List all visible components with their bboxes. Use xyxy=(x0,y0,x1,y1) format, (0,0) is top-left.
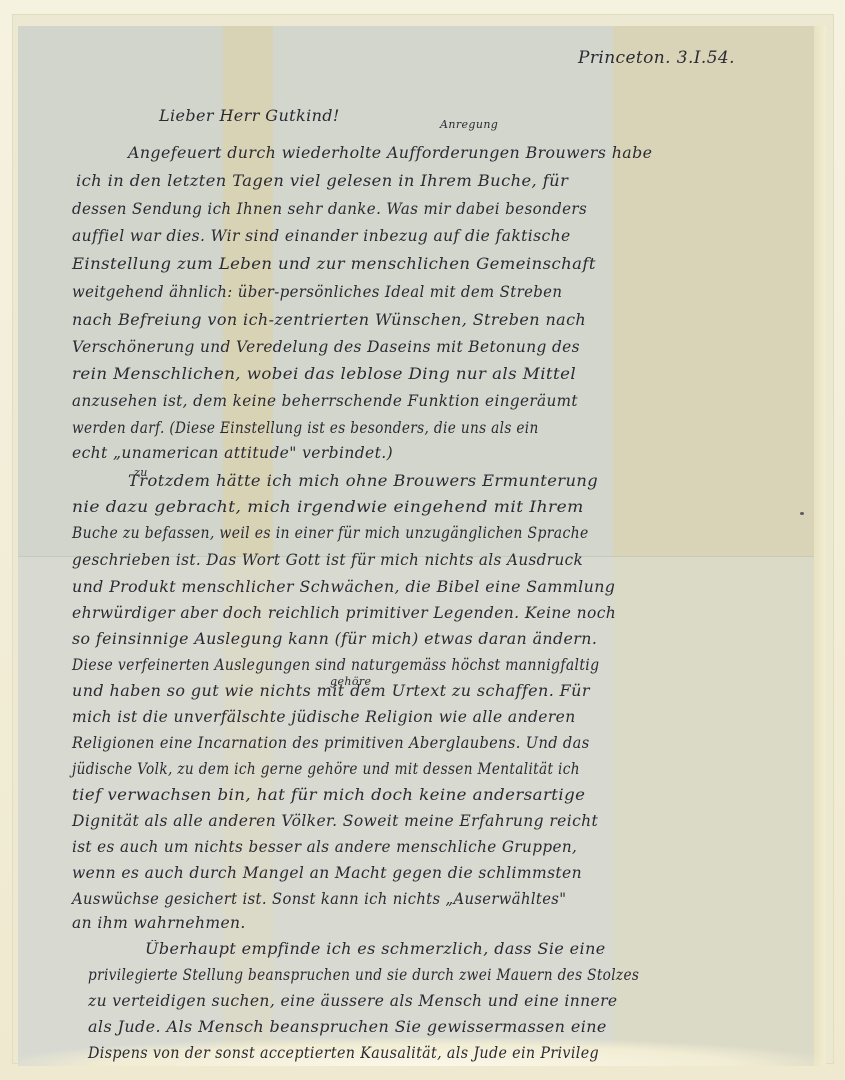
salutation: Lieber Herr Gutkind! xyxy=(159,106,340,125)
letter-line: ist es auch um nichts besser als andere … xyxy=(72,838,577,856)
letter-line: ich in den letzten Tagen viel gelesen in… xyxy=(76,172,568,190)
letter-line: an ihm wahrnehmen. xyxy=(72,914,246,932)
letter-line: Auswüchse gesichert ist. Sonst kann ich … xyxy=(72,890,566,908)
letter-line: Dispens von der sonst acceptierten Kausa… xyxy=(88,1044,599,1062)
letter-line: Verschönerung und Veredelung des Daseins… xyxy=(72,338,580,356)
letter-line: Einstellung zum Leben und zur menschlich… xyxy=(72,255,596,273)
letter-line: Buche zu befassen, weil es in einer für … xyxy=(72,524,589,542)
inserted-word: Anregung xyxy=(440,118,498,131)
letter-line: geschrieben ist. Das Wort Gott ist für m… xyxy=(72,551,583,569)
letter-line: mich ist die unverfälschte jüdische Reli… xyxy=(72,708,576,726)
letter-line: und haben so gut wie nichts mit dem Urte… xyxy=(72,682,590,700)
letter-line: anzusehen ist, dem keine beherrschende F… xyxy=(72,392,578,410)
ink-speck xyxy=(800,512,804,515)
letter-line: Religionen eine Incarnation des primitiv… xyxy=(72,734,590,752)
letter-line: so feinsinnige Auslegung kann (für mich)… xyxy=(72,630,597,648)
letter-line: jüdische Volk, zu dem ich gerne gehöre u… xyxy=(72,760,580,778)
letter-line: und Produkt menschlicher Schwächen, die … xyxy=(72,578,615,596)
place-date: Princeton. 3.I.54. xyxy=(578,48,735,68)
letter-line: weitgehend ähnlich: über-persönliches Id… xyxy=(72,283,562,301)
letter-line: als Jude. Als Mensch beanspruchen Sie ge… xyxy=(88,1018,607,1036)
letter-line: echt „unamerican attitude" verbindet.) xyxy=(72,444,393,462)
letter-line: dessen Sendung ich Ihnen sehr danke. Was… xyxy=(72,200,587,218)
letter-line: Trotzdem hätte ich mich ohne Brouwers Er… xyxy=(128,472,598,490)
letter-line: privilegierte Stellung beanspruchen und … xyxy=(88,966,639,984)
letter-line: zu verteidigen suchen, eine äussere als … xyxy=(88,992,617,1010)
letter-line: ehrwürdiger aber doch reichlich primitiv… xyxy=(72,604,616,622)
letter-line: Angefeuert durch wiederholte Aufforderun… xyxy=(128,144,652,162)
letter-line: nie dazu gebracht, mich irgendwie eingeh… xyxy=(72,498,584,516)
letter-line: werden darf. (Diese Einstellung ist es b… xyxy=(72,419,539,437)
letter-line: Dignität als alle anderen Völker. Soweit… xyxy=(72,812,598,830)
letter-line: wenn es auch durch Mangel an Macht gegen… xyxy=(72,864,582,882)
sheet-edge xyxy=(814,26,826,1066)
letter-line: auffiel war dies. Wir sind einander inbe… xyxy=(72,227,571,245)
letter-line: tief verwachsen bin, hat für mich doch k… xyxy=(72,786,585,804)
letter-line: Überhaupt empfinde ich es schmerzlich, d… xyxy=(145,940,606,958)
letter-line: rein Menschlichen, wobei das leblose Din… xyxy=(72,365,576,383)
letter-line: nach Befreiung von ich-zentrierten Wünsc… xyxy=(72,311,586,329)
letter-line: Diese verfeinerten Auslegungen sind natu… xyxy=(72,656,599,674)
